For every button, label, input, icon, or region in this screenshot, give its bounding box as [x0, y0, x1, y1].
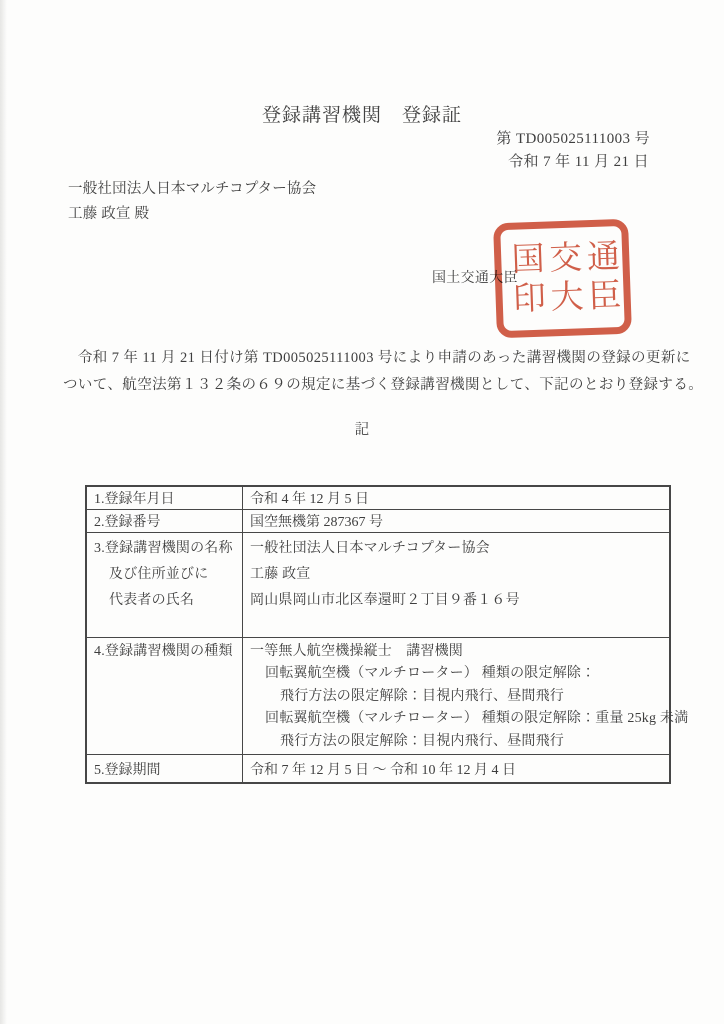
table-row-label: 4.登録講習機関の種類: [87, 638, 243, 754]
value-line: 飛行方法の限定解除：目視内飛行、昼間飛行: [250, 731, 688, 753]
table-row-value: 一般社団法人日本マルチコプター協会 工藤 政宣 岡山県岡山市北区奉還町２丁目９番…: [243, 533, 669, 637]
certificate-page: 登録講習機関 登録証 第 TD005025111003 号 令和 7 年 11 …: [0, 0, 724, 1024]
seal-column: 交大: [545, 239, 581, 318]
document-title: 登録講習機関 登録証: [0, 100, 724, 127]
scan-edge: [0, 0, 7, 1024]
value-line: 一等無人航空機操縦士 講習機関: [250, 641, 688, 663]
label-line: 4.登録講習機関の種類: [94, 641, 238, 663]
value-line: 一般社団法人日本マルチコプター協会: [250, 536, 665, 562]
issue-date: 令和 7 年 11 月 21 日: [508, 150, 649, 171]
recipient-organization: 一般社団法人日本マルチコプター協会: [68, 177, 316, 198]
label-line: 代表者の氏名: [94, 588, 238, 614]
value-line: 岡山県岡山市北区奉還町２丁目９番１６号: [250, 588, 665, 614]
table-row-value: 令和 7 年 12 月 5 日 ～ 令和 10 年 12 月 4 日: [243, 755, 669, 782]
label-line: 及び住所並びに: [94, 562, 238, 588]
table-row-label: 1.登録年月日: [87, 487, 243, 509]
seal-column: 国印: [507, 240, 543, 319]
table-row-registration-period: 5.登録期間 令和 7 年 12 月 5 日 ～ 令和 10 年 12 月 4 …: [87, 755, 669, 782]
registration-table: 1.登録年月日 令和 4 年 12 月 5 日 2.登録番号 国空無機第 287…: [85, 485, 671, 784]
table-row-label: 3.登録講習機関の名称 及び住所並びに 代表者の氏名: [87, 533, 243, 637]
body-paragraph-line: 令和 7 年 11 月 21 日付け第 TD005025111003 号により申…: [63, 346, 683, 367]
table-row-label: 2.登録番号: [87, 510, 243, 532]
minister-seal-icon: 国印 交大 通臣: [493, 219, 632, 339]
note-marker: 記: [0, 418, 724, 439]
seal-column: 通臣: [582, 238, 618, 317]
table-row-registration-date: 1.登録年月日 令和 4 年 12 月 5 日: [87, 487, 669, 510]
table-row-value: 国空無機第 287367 号: [243, 510, 669, 532]
table-row-organization-type: 4.登録講習機関の種類 一等無人航空機操縦士 講習機関 回転翼航空機（マルチロー…: [87, 638, 669, 755]
label-line: 3.登録講習機関の名称: [94, 536, 238, 562]
value-line: 工藤 政宣: [250, 562, 665, 588]
body-paragraph-line: ついて、航空法第１３２条の６９の規定に基づく登録講習機関として、下記のとおり登録…: [63, 373, 683, 394]
value-line: 飛行方法の限定解除：目視内飛行、昼間飛行: [250, 686, 688, 708]
table-row-label: 5.登録期間: [87, 755, 243, 782]
table-row-registration-number: 2.登録番号 国空無機第 287367 号: [87, 510, 669, 533]
value-line: 回転翼航空機（マルチローター） 種類の限定解除：重量 25kg 未満: [250, 708, 688, 730]
table-row-value: 一等無人航空機操縦士 講習機関 回転翼航空機（マルチローター） 種類の限定解除：…: [243, 638, 692, 754]
table-row-organization-info: 3.登録講習機関の名称 及び住所並びに 代表者の氏名 一般社団法人日本マルチコプ…: [87, 533, 669, 638]
value-line: 回転翼航空機（マルチローター） 種類の限定解除：: [250, 663, 688, 685]
document-number: 第 TD005025111003 号: [496, 127, 650, 148]
recipient-name: 工藤 政宣 殿: [68, 202, 149, 223]
table-row-value: 令和 4 年 12 月 5 日: [243, 487, 669, 509]
